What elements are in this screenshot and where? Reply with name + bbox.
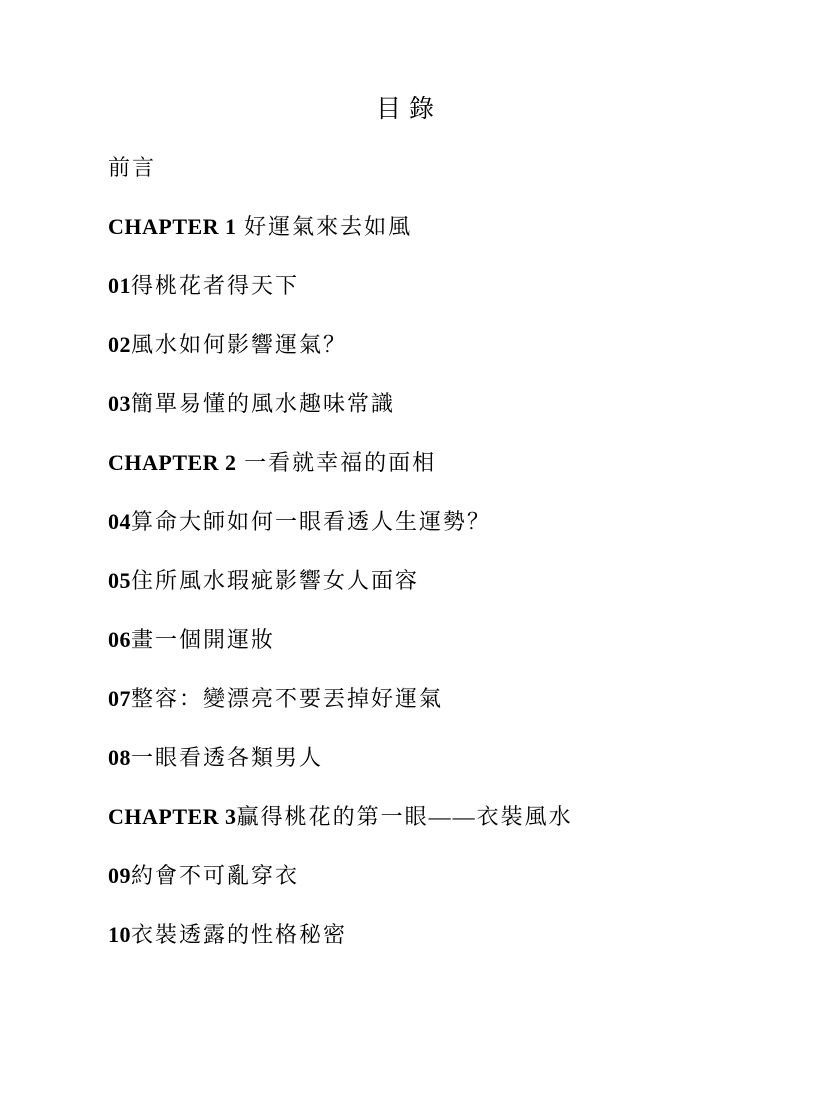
document-page: 目錄 前言 CHAPTER 1 好運氣來去如風 01得桃花者得天下 02風水如何… [0, 0, 818, 1107]
toc-entry-title: 前言 [108, 155, 156, 180]
toc-entry-number: 03 [108, 391, 131, 416]
toc-entry-number: CHAPTER 1 [108, 214, 237, 239]
toc-entry-title: 衣裝透露的性格秘密 [131, 922, 347, 947]
toc-entry-number: 05 [108, 568, 131, 593]
toc-entry-title: 好運氣來去如風 [237, 214, 413, 239]
toc-entry-chapter-2: CHAPTER 2 一看就幸福的面相 [108, 451, 718, 475]
toc-entry-preface: 前言 [108, 156, 718, 180]
toc-entry-03: 03簡單易懂的風水趣味常識 [108, 392, 718, 416]
toc-entry-07: 07整容：變漂亮不要丟掉好運氣 [108, 687, 718, 711]
toc-entry-title: 一看就幸福的面相 [237, 450, 437, 475]
toc-entry-number: 02 [108, 332, 131, 357]
toc-entry-number: CHAPTER 3 [108, 804, 237, 829]
toc-entry-title: 簡單易懂的風水趣味常識 [131, 391, 395, 416]
toc-entry-number: 08 [108, 745, 131, 770]
toc-entry-number: 07 [108, 686, 131, 711]
toc-entry-chapter-3: CHAPTER 3贏得桃花的第一眼——衣裝風水 [108, 805, 718, 829]
toc-entry-title: 算命大師如何一眼看透人生運勢？ [131, 509, 491, 534]
toc-entry-06: 06畫一個開運妝 [108, 628, 718, 652]
toc-entry-02: 02風水如何影響運氣？ [108, 333, 718, 357]
toc-entry-number: 09 [108, 863, 131, 888]
page-title: 目錄 [108, 96, 718, 124]
toc-entry-title: 贏得桃花的第一眼——衣裝風水 [237, 804, 573, 829]
toc-entry-title: 一眼看透各類男人 [131, 745, 323, 770]
toc-entry-number: 01 [108, 273, 131, 298]
toc-entry-number: 04 [108, 509, 131, 534]
toc-entry-title: 畫一個開運妝 [131, 627, 275, 652]
toc-entry-08: 08一眼看透各類男人 [108, 746, 718, 770]
toc-entry-09: 09約會不可亂穿衣 [108, 864, 718, 888]
toc-entry-05: 05住所風水瑕疵影響女人面容 [108, 569, 718, 593]
toc-entry-01: 01得桃花者得天下 [108, 274, 718, 298]
toc-entry-04: 04算命大師如何一眼看透人生運勢？ [108, 510, 718, 534]
toc-entry-number: CHAPTER 2 [108, 450, 237, 475]
toc-entry-number: 06 [108, 627, 131, 652]
toc-entry-title: 住所風水瑕疵影響女人面容 [131, 568, 419, 593]
toc-entry-title: 風水如何影響運氣？ [131, 332, 347, 357]
toc-entry-title: 得桃花者得天下 [131, 273, 299, 298]
toc-entry-number: 10 [108, 922, 131, 947]
toc-entry-title: 整容：變漂亮不要丟掉好運氣 [131, 686, 443, 711]
toc-entry-chapter-1: CHAPTER 1 好運氣來去如風 [108, 215, 718, 239]
toc-entry-title: 約會不可亂穿衣 [131, 863, 299, 888]
toc-entry-10: 10衣裝透露的性格秘密 [108, 923, 718, 947]
